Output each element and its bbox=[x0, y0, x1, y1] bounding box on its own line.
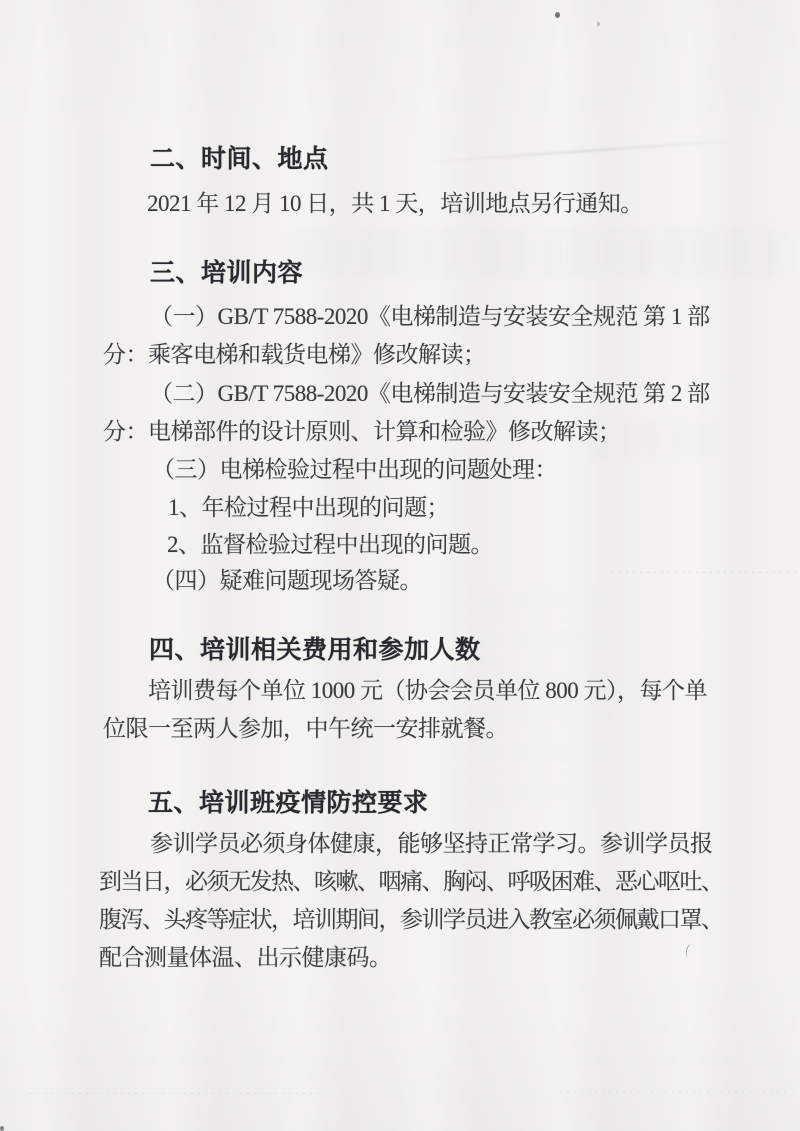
stray-pen-tick bbox=[684, 943, 695, 959]
content-item2-line1: （二）GB/T 7588-2020《电梯制造与安装安全规范 第 2 部 bbox=[150, 380, 710, 407]
section-heading-covid-requirements: 五、培训班疫情防控要求 bbox=[148, 790, 429, 817]
content-item2-line2: 分：电梯部件的设计原则、计算和检验》修改解读； bbox=[103, 418, 621, 445]
covid-text-line1: 参训学员必须身体健康，能够坚持正常学习。参训学员报 bbox=[150, 830, 713, 857]
paper-crease bbox=[420, 138, 749, 163]
content-item3-sub1: 1、年检过程中出现的问题； bbox=[168, 494, 449, 521]
ruled-line-bleed bbox=[612, 572, 797, 573]
covid-text-line2: 到当日，必须无发热、咳嗽、咽痛、胸闷、呼吸困难、恶心呕吐、 bbox=[99, 868, 723, 895]
scanner-speck bbox=[555, 12, 560, 18]
content-item3-sub2: 2、监督检验过程中出现的问题。 bbox=[167, 531, 493, 558]
fee-text-line2: 位限一至两人参加，中午统一安排就餐。 bbox=[103, 715, 508, 742]
content-item4: （四）疑难问题现场答疑。 bbox=[152, 567, 422, 594]
covid-text-line4: 配合测量体温、出示健康码。 bbox=[99, 944, 392, 971]
section-heading-time-location: 二、时间、地点 bbox=[150, 146, 329, 173]
scanned-document-page: 二、时间、地点 2021 年 12 月 10 日，共 1 天，培训地点另行通知。… bbox=[0, 0, 800, 1131]
ruled-line-bleed bbox=[30, 1093, 325, 1094]
content-item1-line1: （一）GB/T 7588-2020《电梯制造与安装安全规范 第 1 部 bbox=[150, 303, 710, 330]
ruled-line-bleed bbox=[560, 1091, 790, 1092]
fee-text-line1: 培训费每个单位 1000 元（协会会员单位 800 元），每个单 bbox=[148, 677, 707, 704]
covid-text-line3: 腹泻、头疼等症状，培训期间，参训学员进入教室必须佩戴口罩、 bbox=[99, 906, 723, 933]
time-location-text: 2021 年 12 月 10 日，共 1 天，培训地点另行通知。 bbox=[147, 190, 643, 217]
section-heading-fee-participants: 四、培训相关费用和参加人数 bbox=[149, 637, 481, 664]
ink-bleed-through-title-band bbox=[288, 229, 793, 277]
scanner-speck bbox=[0, 1126, 4, 1131]
content-item1-line2: 分：乘客电梯和载货电梯》修改解读； bbox=[103, 341, 486, 368]
section-heading-training-content: 三、培训内容 bbox=[150, 260, 303, 287]
scanner-speck bbox=[597, 22, 600, 26]
content-item3: （三）电梯检验过程中出现的问题处理： bbox=[152, 456, 557, 483]
